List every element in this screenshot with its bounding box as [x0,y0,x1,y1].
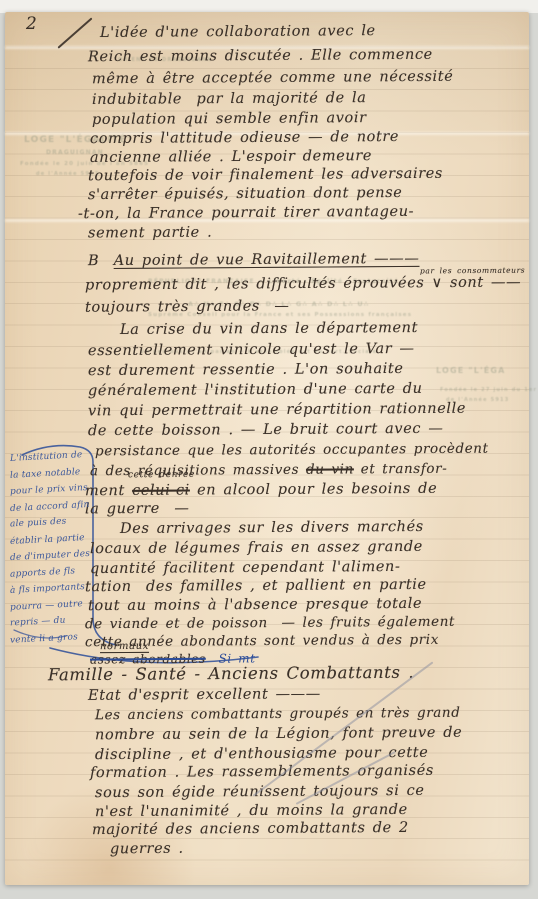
margin-note-line: ale puis des [10,517,67,530]
manuscript-line: -t-on, la France pourrait tirer avantage… [78,204,414,222]
manuscript-text: et transfor- [354,461,448,478]
manuscript-text: population qui semble enfin avoir [92,110,367,128]
manuscript-text: du vin [306,461,354,477]
manuscript-text: en alcool pour les besoins de [190,481,437,499]
manuscript-text: Des arrivages sur les divers marchés [120,519,424,537]
manuscript-text: formation . Les rassemblements organisés [90,763,434,781]
manuscript-line: toujours très grandes — [85,298,290,315]
margin-note-line: la taxe notable [10,467,81,481]
manuscript-line: sous son égide réunissent toujours si ce [95,783,425,801]
manuscript-text: tout au moins à l'absence presque totale [88,596,422,614]
manuscript-text: ancienne alliée . L'espoir demeure [90,148,372,166]
manuscript-text: s'arrêter épuisés, situation dont pense [88,185,403,203]
manuscript-text: sous son égide réunissent toujours si ce [95,783,425,801]
manuscript-line: de viande et de poisson — les fruits éga… [85,614,455,633]
manuscript-text: locaux de légumes frais en assez grande [90,539,423,557]
manuscript-text: Etat d'esprit excellent ——— [88,686,321,704]
margin-note-line: pourra — outre [10,599,83,613]
manuscript-text: celui-ci [132,482,190,498]
manuscript-line: normaux [100,641,149,652]
margin-note-line: de la accord afin [10,499,90,513]
manuscript-line: essentiellement vinicole qu'est le Var — [88,341,415,359]
manuscript-line: persistance que les autorités occupantes… [95,441,489,460]
manuscript-text: toutefois de voir finalement les adversa… [88,166,443,184]
manuscript-line: majorité des anciens combattants de 2 [92,820,409,838]
manuscript-text: de viande et de poisson — les fruits éga… [85,614,455,633]
manuscript-text: n'est l'unanimité , du moins la grande [95,802,408,820]
manuscript-line: La crise du vin dans le département [120,320,418,338]
manuscript-text: normaux [100,641,149,652]
manuscript-line: proprement dit , les difficultés éprouvé… [85,274,521,293]
manuscript-line: Famille - Santé - Anciens Combattants . [48,663,414,685]
manuscript-line: L'idée d'une collaboration avec le [100,23,376,41]
manuscript-line: est durement ressentie . L'on souhaite [88,361,404,379]
manuscript-text: B [88,253,114,269]
manuscript-line: locaux de légumes frais en assez grande [90,539,423,557]
letterhead-ghost-text: LOGE "L'ÉGA [436,366,506,375]
manuscript-line: B Au point de vue Ravitaillement ——— [88,251,420,269]
manuscript-text: de cette boisson . — Le bruit court avec… [88,421,444,439]
manuscript-text: Famille - Santé - Anciens Combattants . [48,663,414,685]
margin-note-line: pour le prix vins [10,483,88,497]
page-number-slash [57,17,92,48]
manuscript-text: toujours très grandes — [85,298,290,315]
manuscript-text: quantité facilitent cependant l'alimen- [90,559,401,577]
manuscript-line: tout au moins à l'absence presque totale [88,596,422,614]
manuscript-text: indubitable par la majorité de la [92,90,367,108]
margin-note-line: L'institution de [10,450,83,464]
manuscript-text: tation des familles , et pallient en par… [85,577,427,595]
manuscript-text: La crise du vin dans le département [120,320,418,338]
manuscript-text: compris l'attitude odieuse — de notre [90,129,399,147]
manuscript-line: tation des familles , et pallient en par… [85,577,427,595]
handwriting-layer: 2 ORIENT DE DRAGUIGNANLOGE "L'ÉGALITÉ"DR… [0,0,538,899]
manuscript-line: ancienne alliée . L'espoir demeure [90,148,372,166]
page-number: 2 [26,14,38,34]
manuscript-text: Au point de vue Ravitaillement ——— [114,251,420,269]
margin-note-line: à fls importants [10,582,85,596]
letterhead-ghost-text: Fondée le 27 juin du 1er mois [440,387,538,393]
manuscript-line: compris l'attitude odieuse — de notre [90,129,399,147]
manuscript-line: de cette boisson . — Le bruit court avec… [88,421,444,439]
manuscript-line: formation . Les rassemblements organisés [90,763,434,781]
manuscript-text: à des réquisitions massives [90,462,306,480]
manuscript-text: L'idée d'une collaboration avec le [100,23,376,41]
manuscript-text: même à être acceptée comme une nécessité [92,69,453,88]
manuscript-line: même à être acceptée comme une nécessité [92,69,453,88]
manuscript-line: Reich est moins discutée . Elle commence [88,47,433,65]
manuscript-line: Les anciens combattants groupés en très … [95,705,461,724]
manuscript-line: vin qui permettrait une répartition rati… [88,401,466,420]
manuscript-line: nombre au sein de la Légion, font preuve… [95,725,462,744]
manuscript-line: cette denrée [128,470,195,480]
manuscript-line: toutefois de voir finalement les adversa… [88,166,443,184]
manuscript-text: sement partie . [88,225,212,242]
manuscript-text: cette denrée [128,470,195,480]
manuscript-text: Reich est moins discutée . Elle commence [88,47,433,65]
manuscript-line: population qui semble enfin avoir [92,110,367,128]
manuscript-line: Etat d'esprit excellent ——— [88,686,321,704]
manuscript-text: persistance que les autorités occupantes… [95,441,489,460]
manuscript-line: la guerre — [85,501,190,518]
manuscript-text: la guerre — [85,501,190,518]
manuscript-line: sement partie . [88,225,212,242]
manuscript-line: généralement l'institution d'une carte d… [88,381,423,399]
manuscript-line: ment celui-ci en alcool pour les besoins… [85,481,437,499]
manuscript-text: ment [85,483,132,499]
manuscript-text: proprement dit , les difficultés éprouvé… [85,274,521,293]
manuscript-text: est durement ressentie . L'on souhaite [88,361,404,379]
manuscript-line: quantité facilitent cependant l'alimen- [90,559,401,577]
margin-note-line: repris — du [10,616,66,629]
margin-note-line: de d'imputer des [10,549,91,563]
manuscript-text: généralement l'institution d'une carte d… [88,381,423,399]
manuscript-line: s'arrêter épuisés, situation dont pense [88,185,403,203]
manuscript-text: essentiellement vinicole qu'est le Var — [88,341,415,359]
manuscript-line: indubitable par la majorité de la [92,90,367,108]
manuscript-line: Des arrivages sur les divers marchés [120,519,424,537]
manuscript-text: nombre au sein de la Légion, font preuve… [95,725,462,744]
margin-note-line: vente li a gros [10,632,78,646]
manuscript-text: -t-on, la France pourrait tirer avantage… [78,204,414,222]
manuscript-text: vin qui permettrait une répartition rati… [88,401,466,420]
margin-note-line: apports de fls [10,566,76,579]
manuscript-text: guerres . [110,841,184,858]
manuscript-text: majorité des anciens combattants de 2 [92,820,409,838]
manuscript-text: Les anciens combattants groupés en très … [95,705,461,724]
manuscript-line: guerres . [110,841,184,858]
manuscript-line: n'est l'unanimité , du moins la grande [95,802,408,820]
margin-note-line: établir la partie [10,533,85,547]
